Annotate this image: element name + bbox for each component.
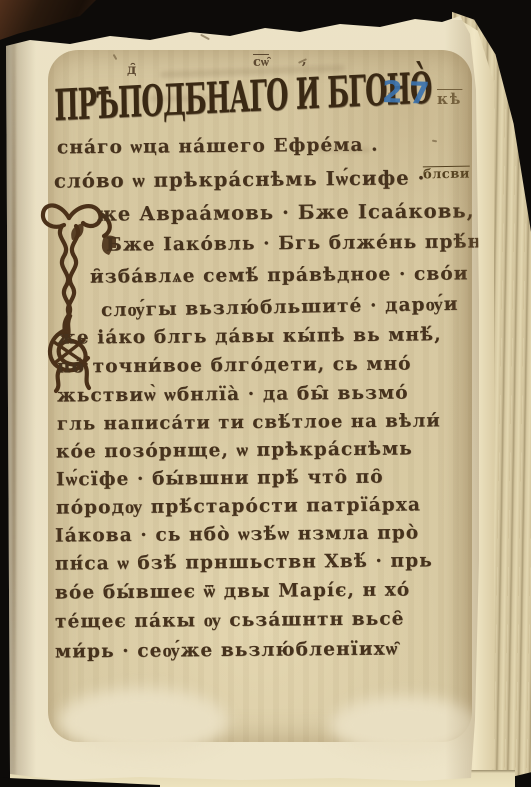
manuscript-line: же Авраа́мовь · Бже Ісаа́ковь, <box>97 199 475 225</box>
margin-blessing-note: блсви <box>423 167 470 183</box>
manuscript-line: по́родѹ прѣ́старо́сти патрїа́рха <box>56 494 421 519</box>
manuscript-line: по́ точни́вое блго́дети, сь мно́ <box>57 353 412 377</box>
manuscript-line: во́е бы́вшеє ѿ двы Марі́є, н хо́ <box>55 579 410 604</box>
manuscript-line: Іа́кова · сь нбо̀ ѡзѣ́ѡ нзмла про̀ <box>55 522 419 547</box>
manuscript-line: жьствиѡ̀ ѡбнлїа̀ · да бы̑ вьзмо́ <box>57 382 409 407</box>
manuscript-line: Бже Іако́вль · Бгь блже́нь прѣ́но <box>106 231 496 255</box>
manuscript-line: пн́са ѡ бзѣ́ прншьствн Хвѣ́ · прь <box>55 550 433 575</box>
paper-fiber <box>200 34 210 40</box>
manuscript-page: ПРѢПОДБНАГО И БГОНО̀ д̑ сѡ̑ ʼ 27 кѣ блсв… <box>0 0 531 787</box>
manuscript-line: сна́го ѡца на́шего Ефре́ма . <box>57 135 379 160</box>
manuscript-line: гль написа́ти ти свѣ́тлое на вѣли́ <box>57 410 441 434</box>
paper-light-patch <box>58 688 228 754</box>
manuscript-line: и̑зба́влѧе семѣ́ пра́вѣдное · сво́и <box>90 263 469 288</box>
manuscript-line: ми́рь · сеѹ́же вьзлю́бленїихѡ̑ <box>55 639 398 664</box>
foliation-number: 27 <box>381 75 436 112</box>
manuscript-line: сло́во ѡ прѣкра́снѣмь Іѡ́сифе · <box>54 166 426 193</box>
manuscript-line: же іа́ко блгь да́вы кы́пѣ вь мнѣ́, <box>57 324 442 348</box>
manuscript-line: Іѡ́сїфе · бы́вшни прѣ́ что̑ по̑ <box>56 467 384 492</box>
binding-leather <box>0 0 100 42</box>
paper-light-patch <box>330 696 480 754</box>
interlinear-mark: ʼ <box>301 59 306 77</box>
interlinear-mark: сѡ̑ <box>253 54 269 70</box>
interlinear-mark: д̑ <box>127 62 136 78</box>
manuscript-line: ко́е позо́рнще, ѡ прѣкра́снѣмь <box>56 438 413 463</box>
manuscript-line: те́щеє па́кы ѹ сьза́шнтн вьсе̑ <box>55 608 405 633</box>
gutter-crease <box>12 40 16 777</box>
quire-signature: кѣ <box>437 90 462 108</box>
manuscript-photo: ПРѢПОДБНАГО И БГОНО̀ д̑ сѡ̑ ʼ 27 кѣ блсв… <box>0 0 531 787</box>
gutter-shadow <box>0 36 36 781</box>
